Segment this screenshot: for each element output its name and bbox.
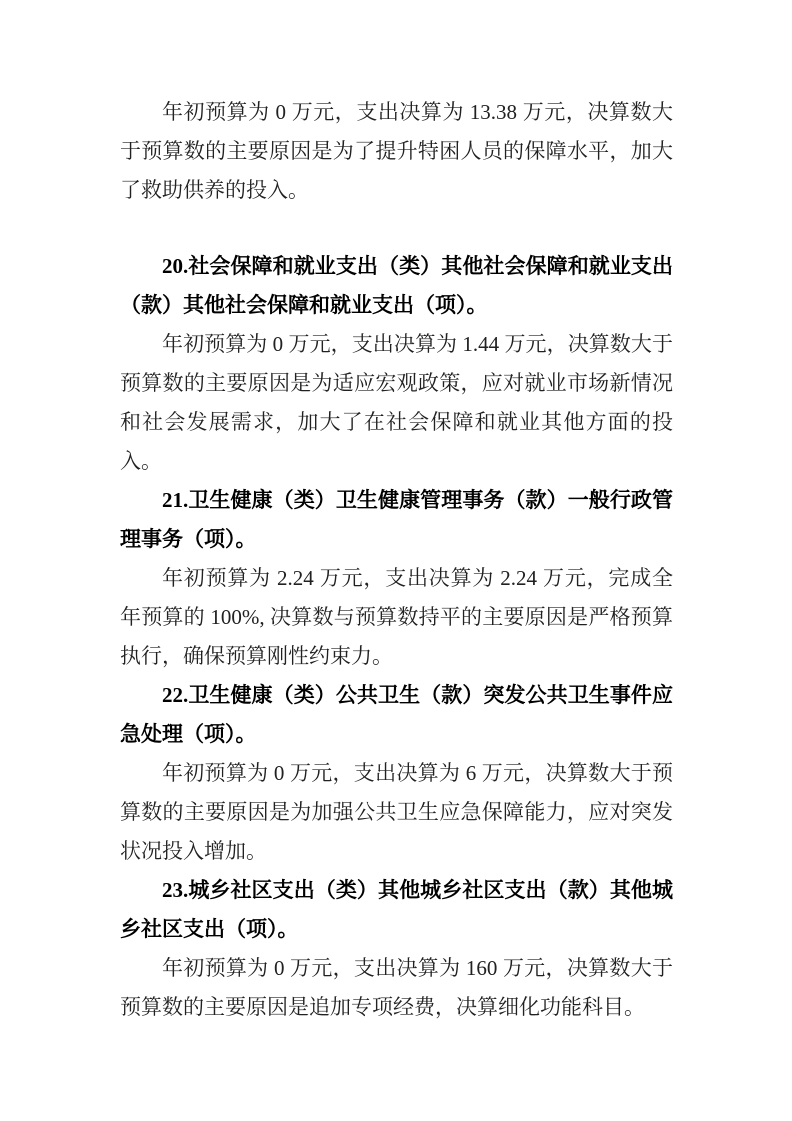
document-content: 年初预算为 0 万元，支出决算为 13.38 万元，决算数大于预算数的主要原因是… <box>120 93 673 1027</box>
body-paragraph: 年初预算为 0 万元，支出决算为 6 万元，决算数大于预算数的主要原因是为加强公… <box>120 754 673 871</box>
body-paragraph: 年初预算为 0 万元，支出决算为 1.44 万元，决算数大于预算数的主要原因是为… <box>120 325 673 481</box>
section-heading: 21.卫生健康（类）卫生健康管理事务（款）一般行政管理事务（项）。 <box>120 481 673 559</box>
body-paragraph: 年初预算为 0 万元，支出决算为 13.38 万元，决算数大于预算数的主要原因是… <box>120 93 673 210</box>
section-heading: 23.城乡社区支出（类）其他城乡社区支出（款）其他城乡社区支出（项）。 <box>120 871 673 949</box>
section-heading: 22.卫生健康（类）公共卫生（款）突发公共卫生事件应急处理（项）。 <box>120 676 673 754</box>
body-paragraph: 年初预算为 2.24 万元，支出决算为 2.24 万元，完成全年预算的 100%… <box>120 559 673 676</box>
document-page: 年初预算为 0 万元，支出决算为 13.38 万元，决算数大于预算数的主要原因是… <box>0 0 792 1121</box>
section-heading: 20.社会保障和就业支出（类）其他社会保障和就业支出（款）其他社会保障和就业支出… <box>120 247 673 325</box>
body-paragraph: 年初预算为 0 万元，支出决算为 160 万元，决算数大于预算数的主要原因是追加… <box>120 949 673 1027</box>
